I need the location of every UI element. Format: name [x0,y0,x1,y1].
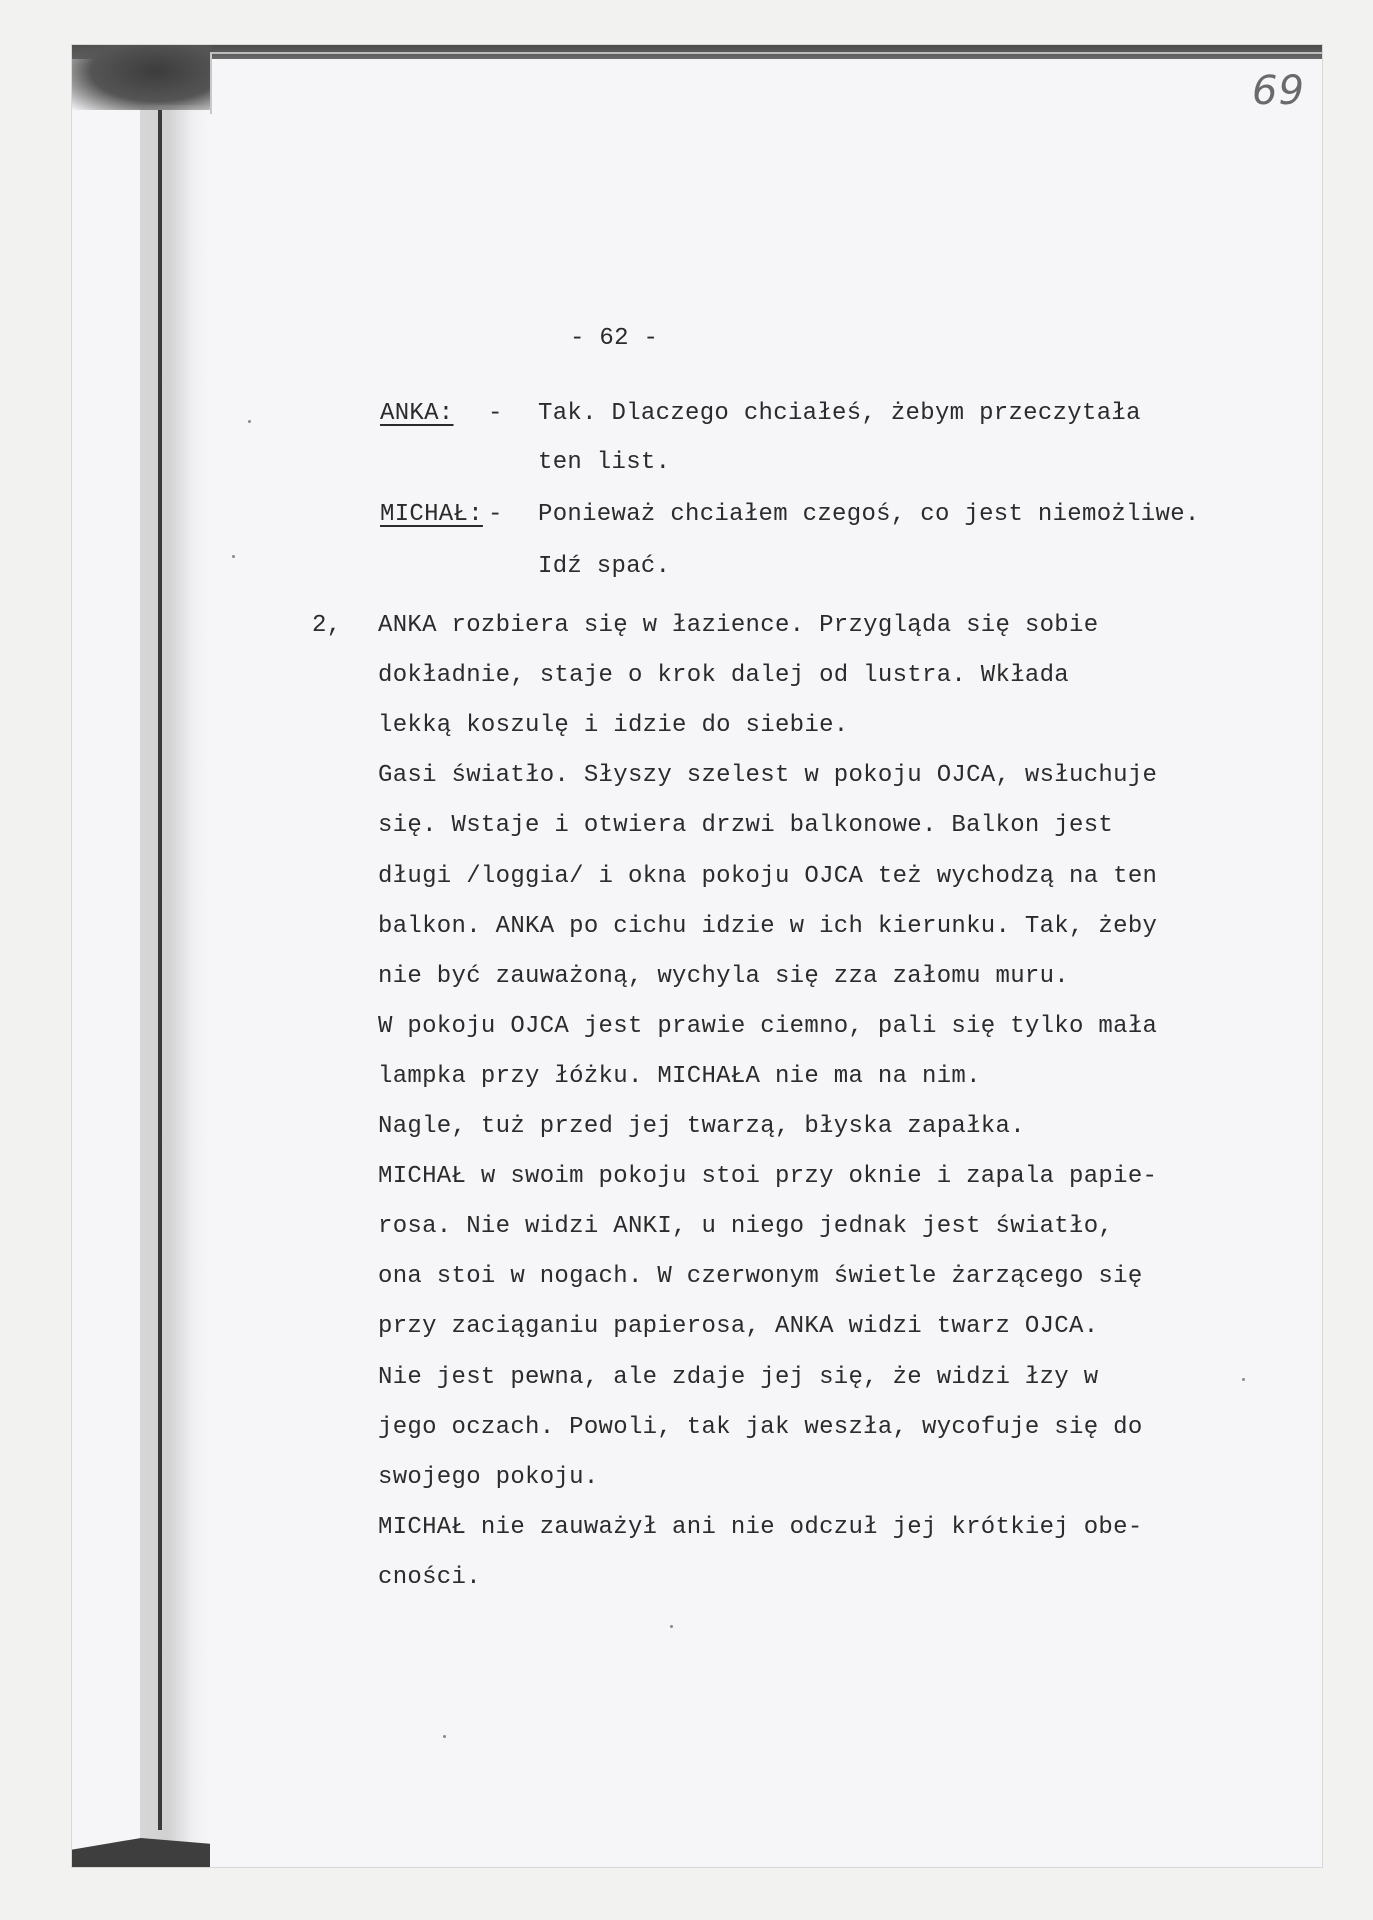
photocopy-speck [1242,1378,1245,1381]
handwritten-folio-number: 69 [1252,68,1305,114]
scene-line: dokładnie, staje o krok dalej od lustra.… [378,662,1069,689]
scene-line: jego oczach. Powoli, tak jak weszła, wyc… [378,1414,1143,1441]
scene-number: 2, [312,612,341,639]
photocopy-speck [232,555,235,558]
dialogue-dash: - [488,501,503,528]
scene-line: balkon. ANKA po cichu idzie w ich kierun… [378,913,1157,940]
photocopy-speck [248,420,251,423]
photocopy-speck [670,1625,673,1628]
scene-line: MICHAŁ w swoim pokoju stoi przy oknie i … [378,1163,1157,1190]
scene-line: się. Wstaje i otwiera drzwi balkonowe. B… [378,812,1113,839]
speaker-name: MICHAŁ: [380,501,483,528]
scene-line: swojego pokoju. [378,1464,599,1491]
binding-top-shadow [72,45,212,110]
scene-line: lampka przy łóżku. MICHAŁA nie ma na nim… [378,1063,981,1090]
scene-line: nie być zauważoną, wychyla się zza załom… [378,963,1069,990]
scene-line: Nagle, tuż przed jej twarzą, błyska zapa… [378,1113,1025,1140]
scene-line: MICHAŁ nie zauważył ani nie odczuł jej k… [378,1514,1143,1541]
dialogue-line: Ponieważ chciałem czegoś, co jest niemoż… [538,501,1200,528]
scene-line: przy zaciąganiu papierosa, ANKA widzi tw… [378,1313,1098,1340]
photocopy-speck [443,1735,446,1738]
binding-gutter-shadow [140,105,210,1855]
scene-line: rosa. Nie widzi ANKI, u niego jednak jes… [378,1213,1113,1240]
scene-line: Nie jest pewna, ale zdaje jej się, że wi… [378,1364,1098,1391]
page-number: - 62 - [570,325,658,352]
dialogue-dash: - [488,400,503,427]
dialogue-line: ten list. [538,449,670,476]
dialogue-line: Idź spać. [538,553,670,580]
dialogue-line: Tak. Dlaczego chciałeś, żebym przeczytał… [538,400,1141,427]
speaker-name: ANKA: [380,400,454,427]
scene-line: ona stoi w nogach. W czerwonym świetle ż… [378,1263,1143,1290]
scene-line: Gasi światło. Słyszy szelest w pokoju OJ… [378,762,1157,789]
binding-spine-line [158,110,162,1830]
scene-line: długi /loggia/ i okna pokoju OJCA też wy… [378,863,1157,890]
scene-line: W pokoju OJCA jest prawie ciemno, pali s… [378,1013,1157,1040]
underlying-page-edge [210,52,1322,114]
scene-line: ANKA rozbiera się w łazience. Przygląda … [378,612,1098,639]
scene-line: lekką koszulę i idzie do siebie. [378,712,848,739]
scene-line: cności. [378,1564,481,1591]
document-page [72,45,1322,1867]
